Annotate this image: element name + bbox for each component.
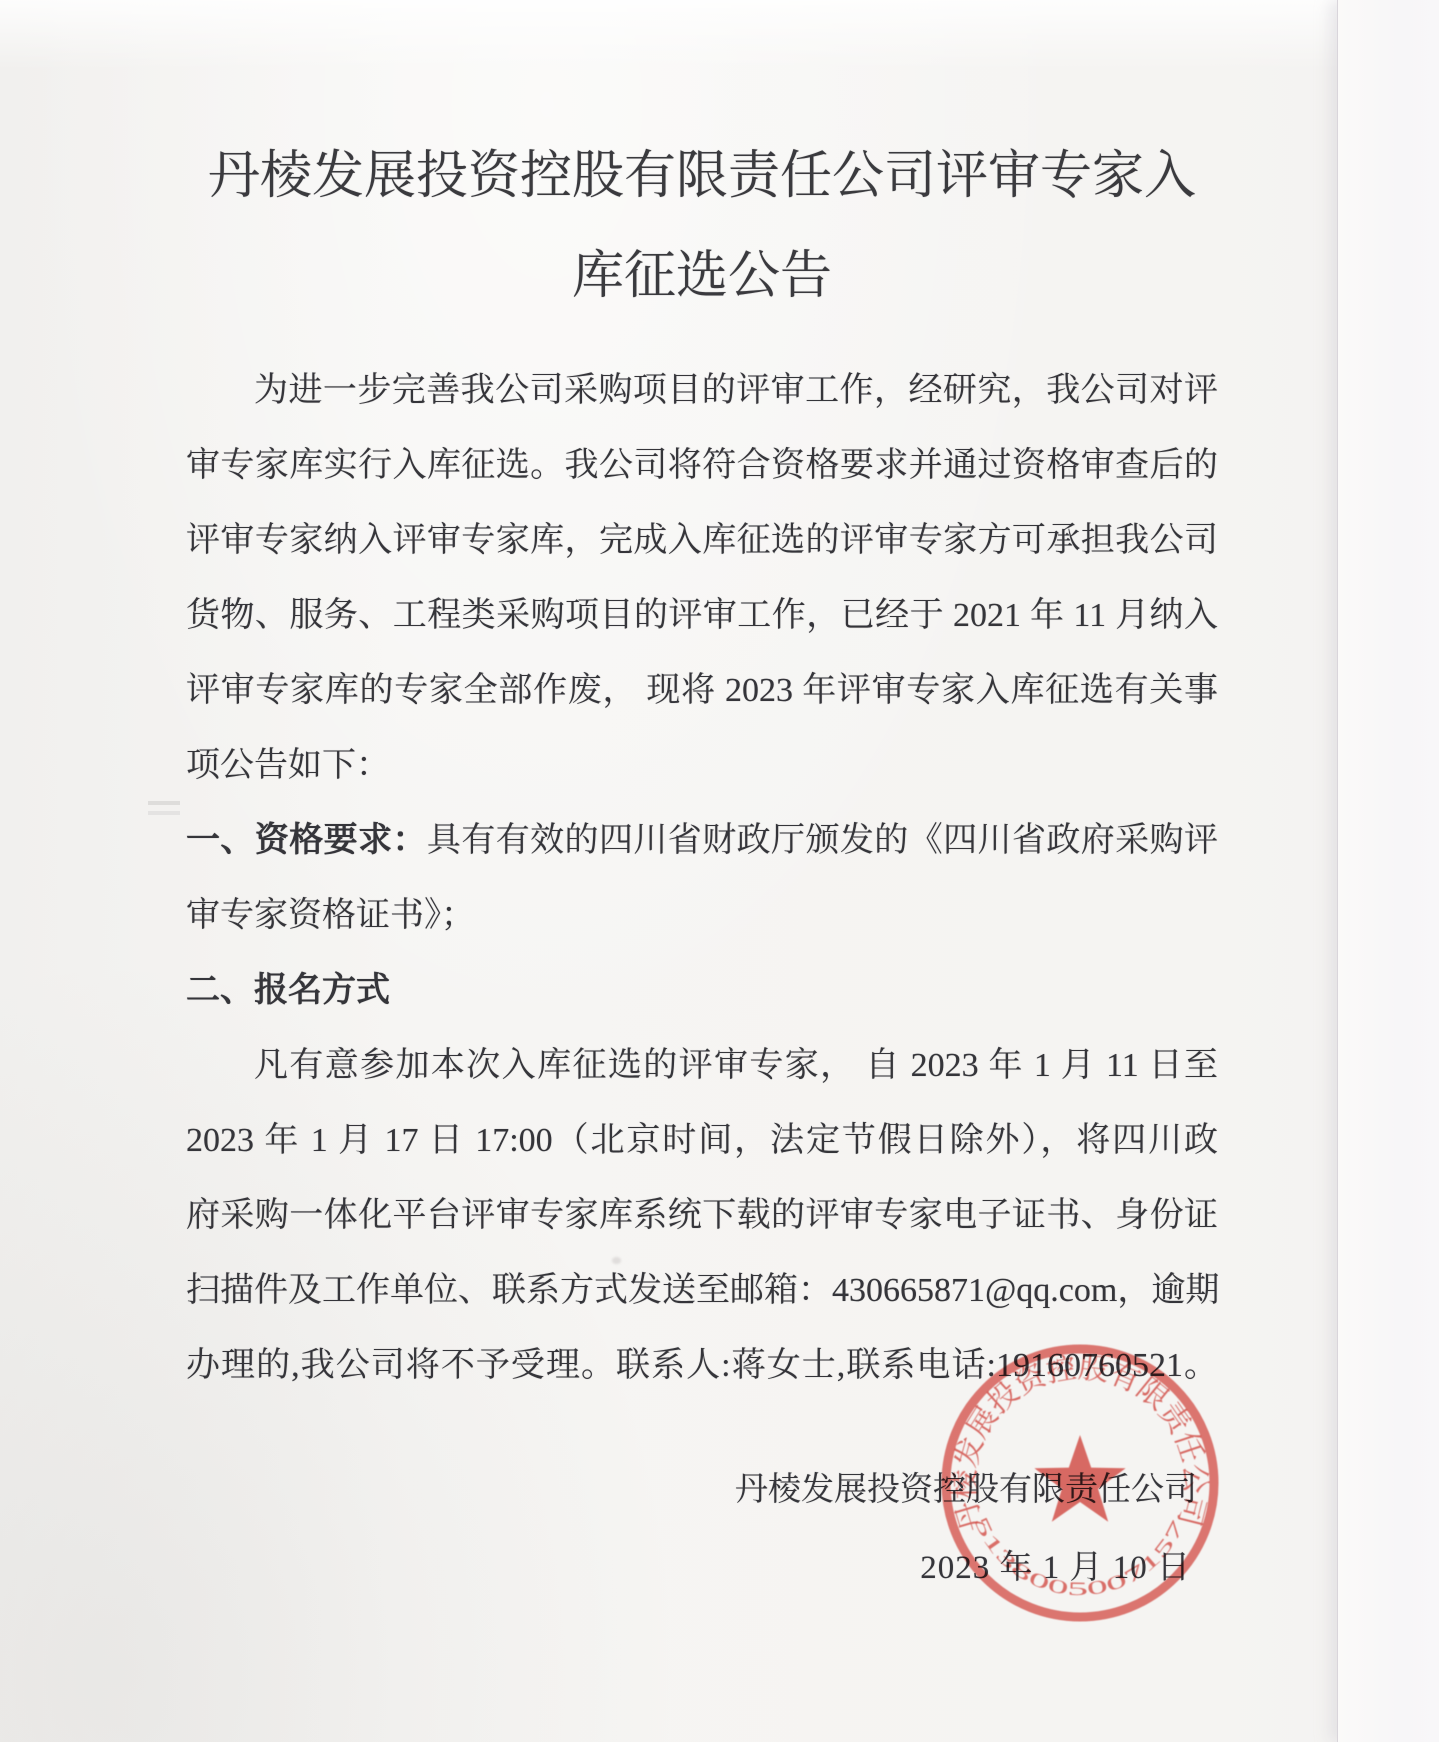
section1-text: 具有有效的四川省财政厅颁发的《四川省政府采购评 xyxy=(427,822,1218,859)
paragraph2-line-2: 2023 年 1 月 17 日 17:00（北京时间，法定节假日除外），将四川政 xyxy=(186,1103,1218,1178)
paragraph1-line-6: 项公告如下： xyxy=(186,728,1218,803)
title-line-1: 丹棱发展投资控股有限责任公司评审专家入 xyxy=(186,127,1218,227)
paragraph1-line-5: 评审专家库的专家全部作废， 现将 2023 年评审专家入库征选有关事 xyxy=(186,653,1218,728)
document-title: 丹棱发展投资控股有限责任公司评审专家入 库征选公告 xyxy=(186,127,1218,327)
document-body: 为进一步完善我公司采购项目的评审工作，经研究，我公司对评 审专家库实行入库征选。… xyxy=(186,353,1218,1403)
paragraph1-line-4: 货物、服务、工程类采购项目的评审工作，已经于 2021 年 11 月纳入 xyxy=(186,578,1218,653)
paragraph1-line-1: 为进一步完善我公司采购项目的评审工作，经研究，我公司对评 xyxy=(186,353,1218,428)
paragraph1-line-2: 审专家库实行入库征选。我公司将符合资格要求并通过资格审查后的 xyxy=(186,428,1218,503)
scan-artifact-dot xyxy=(612,1257,621,1264)
section1-line-2: 审专家资格证书》； xyxy=(186,878,1218,953)
paragraph2-line-3: 府采购一体化平台评审专家库系统下载的评审专家电子证书、身份证 xyxy=(186,1178,1218,1253)
seal-star-icon xyxy=(1034,1435,1125,1522)
scanned-document-page: 丹棱发展投资控股有限责任公司评审专家入 库征选公告 为进一步完善我公司采购项目的… xyxy=(0,0,1439,1742)
paragraph1-line-3: 评审专家纳入评审专家库，完成入库征选的评审专家方可承担我公司 xyxy=(186,503,1218,578)
scan-artifact-mark xyxy=(148,801,180,815)
paragraph2-line-4: 扫描件及工作单位、联系方式发送至邮箱：430665871@qq.com，逾期 xyxy=(186,1253,1218,1328)
official-seal: 丹棱发展投资控股有限责任公司 5138005007157 xyxy=(930,1333,1230,1633)
section1-line-1: 一、资格要求：具有有效的四川省财政厅颁发的《四川省政府采购评 xyxy=(186,803,1218,878)
paragraph2-line-1: 凡有意参加本次入库征选的评审专家， 自 2023 年 1 月 11 日至 xyxy=(186,1028,1218,1103)
section1-heading: 一、资格要求： xyxy=(186,822,427,859)
title-line-2: 库征选公告 xyxy=(186,227,1218,327)
section2-heading: 二、报名方式 xyxy=(186,972,390,1009)
section2-line: 二、报名方式 xyxy=(186,953,1218,1028)
page-fold-strip xyxy=(1337,0,1439,1742)
